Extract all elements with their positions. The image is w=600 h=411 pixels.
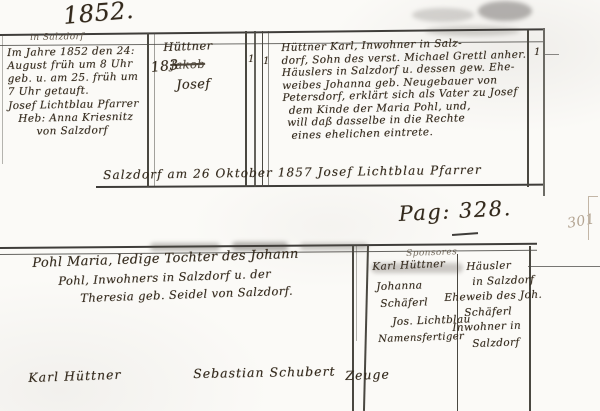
witness-status: in Salzdorf [472,274,535,288]
place-header: in Salzdorf [30,32,84,43]
entry-date-block: Im Jahre 1852 den 24: August früh um 8 U… [7,45,139,139]
witness-status: Salzdorf [472,336,520,350]
child-given-name: Josef [176,77,211,93]
tally-mark: 1 [534,47,541,58]
child-surname: Hüttner [163,38,213,54]
tally-mark: 1 [248,54,255,65]
table1-bottom-rule [96,184,543,188]
page-number-underline [452,232,478,236]
column-rule [245,31,247,187]
year-heading: 1852. [62,0,135,30]
column-rule [356,246,357,341]
register-scan-page: 1852. in Salzdorf Im Jahre 1852 den 24: … [0,0,600,411]
ink-smudge [371,263,463,273]
witness-status: Eheweib des Joh. [444,289,542,304]
pencil-folio-number: 301 [566,211,596,232]
midwife-line: Heb: Anna Kriesnitz [18,111,139,126]
column-rule [352,246,354,411]
signature: Karl Hüttner [28,367,122,385]
pencil-bracket [588,196,598,197]
mother-line: Theresia geb. Seidel von Salzdorf. [80,284,293,305]
smudged-header-stroke [300,243,368,250]
column-rule [262,31,263,187]
pencil-bracket [588,196,589,240]
witness-status: Schäferl [464,305,512,319]
signature: Sebastian Schubert [193,364,336,381]
midwife-line: von Salzdorf [36,124,139,139]
column-rule [268,31,269,187]
column-rule [363,246,369,411]
witness-name: Schäferl [380,296,428,310]
witness-name: Johanna [376,279,423,293]
entry-line: geb. u. am 25. früh um [7,71,138,86]
crossed-out-name: Jakob [170,57,205,72]
tally-mark: 1 [263,56,270,67]
signature-role: Zeuge [345,366,390,383]
ink-smudge [412,8,474,22]
witness-status: Inwohner in [452,320,521,334]
entry-signature-line: Salzdorf am 26 Oktober 1857 Josef Lichtb… [103,163,482,182]
margin-rule [528,266,600,267]
witness-column-header: Sponsores [406,247,457,259]
tally-dash [545,54,559,55]
table2-right-rule [529,246,531,411]
legitimation-note: Hüttner Karl, Inwohner in Salz- dorf, So… [281,36,528,142]
page-number-label: Pag: 328. [398,196,512,226]
column-rule [154,33,155,186]
ink-smudge [478,1,532,21]
column-rule [147,33,149,187]
witness-status: Häusler [466,259,511,273]
table1-left-rule [2,34,3,164]
